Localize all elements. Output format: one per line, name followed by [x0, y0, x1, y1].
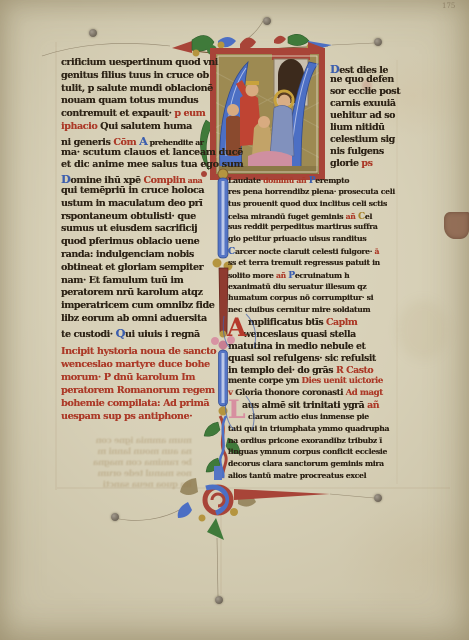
text-run: bohemie compilata: Ad primā — [61, 398, 209, 409]
text-line: contremuit et expauit· p eum — [61, 108, 221, 121]
text-run: linguas ymnum corpus conficit ecclesie — [228, 447, 387, 456]
text-line: rspontaneum obtulisti· que — [61, 211, 221, 224]
text-line: tus prouenit quod dux inclitus celi scti… — [228, 199, 398, 211]
text-line: exanimatū diu seruatur illesum qz — [228, 282, 398, 294]
text-line: matutina in medio nebule et — [228, 341, 398, 353]
text-run: ā — [375, 247, 380, 256]
text-run: gio petitur priuacio uisus randitus — [228, 234, 366, 243]
text-line: morum· P dnū karolum Im — [61, 372, 221, 385]
gold-ball — [218, 42, 225, 49]
saint-robe — [270, 105, 294, 156]
left-rubric-column: Incipit hystoria noua de sanctowenceslao… — [61, 346, 221, 424]
text-run: in templo dei· do grās — [228, 365, 336, 376]
prick-dot — [111, 513, 119, 521]
text-run: erempto — [315, 176, 349, 185]
prick-dot — [374, 494, 382, 502]
text-run: peratorem nrū karolum atqz — [61, 287, 202, 298]
text-run: solito more — [228, 271, 276, 280]
text-line: solito more añ Pecruinatum h — [228, 270, 398, 282]
text-line: quasi sol refulgens· sic refulsit — [228, 353, 398, 365]
red-pennant — [234, 489, 330, 500]
text-line: decorus clara sanctorum geminis mira — [228, 459, 398, 471]
text-run: ne quo defen — [330, 74, 394, 85]
gold-ball — [199, 515, 206, 522]
text-run: wenceslaus quasi stella — [243, 329, 356, 340]
text-run: tulit, p salute mundi oblacionē — [61, 83, 213, 94]
prick-dot — [263, 17, 271, 25]
text-line: sor ecclie post — [330, 86, 398, 98]
text-line: Incipit hystoria noua de sancto — [61, 346, 221, 359]
text-run: el — [365, 212, 372, 221]
text-line: randa: indulgenciam nobis — [61, 249, 221, 262]
text-line: celestium sig — [330, 134, 398, 146]
text-run: res pena horrendibz plena· prosecuta cel… — [228, 187, 395, 196]
text-run: mplificatus btīs — [248, 317, 326, 328]
text-run: clarum actio eius inmense pie — [248, 412, 369, 421]
text-run: dominū añ — [263, 176, 309, 185]
text-line: ss et terra tremuit regressus patuit in — [228, 258, 398, 270]
text-line: obtineat et gloriam sempiter — [61, 262, 221, 275]
text-run: Dies uenit uictorie — [302, 376, 383, 386]
text-run: p eum — [174, 108, 205, 119]
text-line: nis fulgens — [330, 146, 398, 158]
text-line: mente corpe ym Dies uenit uictorie — [228, 376, 398, 388]
text-run: mente corpe ym — [228, 376, 302, 386]
gold-ball — [230, 508, 238, 516]
text-run: na ordius pricone exorandibz tribubz ī — [228, 436, 382, 445]
text-run: quod pferimus oblacio uene — [61, 236, 199, 247]
text-run: ecruinatum h — [295, 271, 350, 280]
text-run: ana — [186, 176, 203, 185]
crown — [246, 81, 259, 85]
text-run: glorie — [330, 158, 361, 169]
text-run: ss et terra tremuit regressus patuit in — [228, 258, 380, 267]
text-line: res pena horrendibz plena· prosecuta cel… — [228, 187, 398, 199]
text-line: libz eorum ab omni aduersita — [61, 313, 221, 326]
text-line: Domine ihū xpē Complin ana — [61, 172, 221, 185]
text-line: carnis exuuiā — [330, 98, 398, 110]
text-run: sor ecclie post — [330, 86, 400, 97]
text-run: sumus ut eiusdem sacrificij — [61, 223, 197, 234]
prick-dot — [89, 29, 97, 37]
text-run: Gloria thonore coronasti — [235, 388, 345, 398]
text-run: uespam sup ps antiphone· — [61, 411, 192, 422]
text-line: uespam sup ps antiphone· — [61, 411, 221, 424]
text-run: te custodi· — [61, 329, 116, 340]
text-line: lium nitidū — [330, 122, 398, 134]
text-run: peratorem Romanorum regem — [61, 385, 215, 396]
text-run: añ — [346, 212, 358, 221]
text-line: crificium uespertinum quod vni — [61, 57, 221, 70]
text-line: gio petitur priuacio uisus randitus — [228, 234, 398, 246]
text-run: rspontaneum obtulisti· que — [61, 211, 196, 222]
text-line: genitus filius tuus in cruce ob — [61, 70, 221, 83]
prick-dot — [215, 596, 223, 604]
text-run: Caplm — [326, 317, 357, 328]
text-run: contremuit et expauit· — [61, 108, 174, 119]
text-run: matutina in medio nebule et — [228, 341, 365, 352]
left-text-column: crificium uespertinum quod vnigenitus fi… — [61, 57, 221, 339]
bleedthrough-line: mum ammia igne con — [60, 436, 192, 447]
text-run: carnis exuuiā — [330, 98, 396, 109]
large-pink-initial: L — [228, 398, 246, 422]
text-run: ps — [361, 158, 372, 169]
text-run: humatum corpus nō corrumpitur· si — [228, 293, 373, 302]
text-line: celsa mirandū fuget geminis añ Cel — [228, 211, 398, 223]
text-run: añ — [367, 400, 379, 411]
text-run: et dic anime mee salus tua ego sum — [61, 159, 243, 170]
text-run: libz eorum ab omni aduersita — [61, 313, 207, 324]
text-run: Laudate — [228, 176, 263, 185]
text-line: peratorem Romanorum regem — [61, 385, 221, 398]
text-run: ui uiuis i regnā — [125, 329, 200, 340]
large-red-initial: A — [227, 316, 246, 340]
text-run: crificium uespertinum quod vni — [61, 57, 218, 68]
text-run: obtineat et gloriam sempiter — [61, 262, 203, 273]
text-run: celsa mirandū fuget geminis — [228, 212, 346, 221]
green-leaf — [204, 422, 220, 436]
text-run: Qui salutem huma — [100, 121, 192, 132]
text-run: alios tantū matre procreatus excel — [228, 471, 366, 480]
folio-number: 175 — [442, 2, 455, 10]
brown-stain — [444, 212, 469, 239]
bar-highlight — [222, 353, 225, 403]
text-line: wenceslaus quasi stella — [228, 329, 398, 341]
text-run: arcer nocte claruit celesti fulgore· — [235, 247, 375, 256]
figure-left-head — [227, 104, 239, 116]
text-line: uehitur ad so — [330, 110, 398, 122]
text-run: Q — [116, 326, 125, 340]
text-line: Dest dies le — [330, 62, 398, 74]
text-run: genitus filius tuus in cruce ob — [61, 70, 209, 81]
text-run: tus prouenit quod dux inclitus celi scti… — [228, 199, 387, 208]
text-run: C — [228, 246, 235, 257]
text-line: nouam quam totus mundus — [61, 95, 221, 108]
text-run: Incipit hystoria noua de sancto — [61, 346, 216, 357]
text-line: te custodi· Qui uiuis i regnā — [61, 326, 221, 339]
text-run: wenceslao martyre duce bohe — [61, 359, 210, 370]
text-line: tulit, p salute mundi oblacionē — [61, 83, 221, 96]
text-line: ustum in maculatum deo prī — [61, 198, 221, 211]
text-run: nec ciuibus cernitur mire soldatum — [228, 305, 370, 314]
text-run: iphacio — [61, 121, 100, 132]
text-run: C — [358, 211, 365, 222]
right-text-column-upper: Dest dies lene quo defensor ecclie postc… — [330, 62, 398, 170]
text-line: ne quo defen — [330, 74, 398, 86]
text-line: quod pferimus oblacio uene — [61, 236, 221, 249]
text-run: sus reddit perpeditus martirus suffra — [228, 222, 378, 231]
text-line: imperatricem cum omnibz fide — [61, 300, 221, 313]
text-run: aus almē sit trinitati ygrā — [242, 400, 367, 411]
text-run: prehendite ar — [147, 138, 203, 147]
text-line: nec ciuibus cernitur mire soldatum — [228, 305, 398, 317]
text-line: in templo dei· do grās R Casto — [228, 365, 398, 377]
text-run: imperatricem cum omnibz fide — [61, 300, 214, 311]
text-run: qui temēpriū in cruce holoca — [61, 185, 204, 196]
text-line: sus reddit perpeditus martirus suffra — [228, 222, 398, 234]
red-dart-leaf — [172, 41, 192, 53]
text-line: wenceslao martyre duce bohe — [61, 359, 221, 372]
text-run: celestium sig — [330, 134, 395, 145]
bleedthrough-line: nos manul tede orum — [60, 469, 192, 480]
text-line: ni generis Cōm A prehendite ar — [61, 134, 221, 147]
text-line: v Gloria thonore coronasti Ad magt — [228, 388, 398, 400]
text-run: Ad magt — [346, 388, 383, 398]
manuscript-page: 175 — [0, 0, 469, 640]
text-run: ustum in maculatum deo prī — [61, 198, 202, 209]
text-line: alios tantū matre procreatus excel — [228, 471, 398, 483]
bar-tail — [214, 466, 222, 480]
attacker-head — [246, 84, 259, 97]
right-text-column-body: Laudate dominū añ Peremptores pena horre… — [228, 175, 398, 483]
kneeling-head — [258, 116, 270, 128]
text-line: bohemie compilata: Ad primā — [61, 398, 221, 411]
text-run: nam· Et famulum tuū im — [61, 275, 183, 286]
bleedthrough-line: be ramima con magna — [60, 458, 192, 469]
bleedthrough-line: na aun moun lanni m — [60, 447, 192, 458]
green-dart-leaf — [207, 518, 224, 540]
text-run: randa: indulgenciam nobis — [61, 249, 194, 260]
text-run: morum· P dnū karolum Im — [61, 372, 195, 383]
text-run: exanimatū diu seruatur illesum qz — [228, 282, 366, 291]
text-line: qui temēpriū in cruce holoca — [61, 185, 221, 198]
bar-highlight — [222, 181, 225, 255]
text-line: ma· scutum clauos et lanceam ducē — [61, 147, 221, 160]
text-run: lium nitidū — [330, 122, 385, 133]
text-run: tati qui in triumphata ymmo quadrupha — [228, 424, 389, 433]
text-line: linguas ymnum corpus conficit ecclesie — [228, 447, 398, 459]
bleedthrough-line: im quoa neua sancti — [60, 480, 192, 491]
text-line: glorie ps — [330, 158, 398, 170]
text-run: decorus clara sanctorum geminis mira — [228, 459, 384, 468]
text-run: nis fulgens — [330, 146, 384, 157]
faint-stain — [398, 300, 448, 360]
text-line: et dic anime mee salus tua ego sum — [61, 159, 221, 172]
knot-spiral — [212, 494, 224, 506]
text-line: na ordius pricone exorandibz tribubz ī — [228, 436, 398, 448]
text-line: iphacio Qui salutem huma — [61, 121, 221, 134]
text-line: mplificatus btīs Caplm — [228, 317, 398, 329]
text-line: sumus ut eiusdem sacrificij — [61, 223, 221, 236]
text-run: añ — [276, 271, 288, 280]
text-line: Laudate dominū añ Perempto — [228, 175, 398, 187]
text-line: clarum actio eius inmense pie — [228, 412, 398, 424]
text-line: aus almē sit trinitati ygrā añ — [228, 400, 398, 412]
text-line: humatum corpus nō corrumpitur· si — [228, 293, 398, 305]
text-run: quasi sol refulgens· sic refulsit — [228, 353, 376, 364]
prick-dot — [374, 38, 382, 46]
text-run: uehitur ad so — [330, 110, 395, 121]
text-line: Carcer nocte claruit celesti fulgore· ā — [228, 246, 398, 258]
text-line: nam· Et famulum tuū im — [61, 275, 221, 288]
text-line: peratorem nrū karolum atqz — [61, 287, 221, 300]
text-run: ma· scutum clauos et lanceam ducē — [61, 147, 243, 158]
text-run: R Casto — [336, 365, 373, 376]
verso-bleedthrough-text: mum ammia igne conna aun moun lanni mbe … — [60, 436, 192, 492]
text-line: tati qui in triumphata ymmo quadrupha — [228, 424, 398, 436]
blue-leaf — [178, 502, 192, 518]
text-run: nouam quam totus mundus — [61, 95, 198, 106]
